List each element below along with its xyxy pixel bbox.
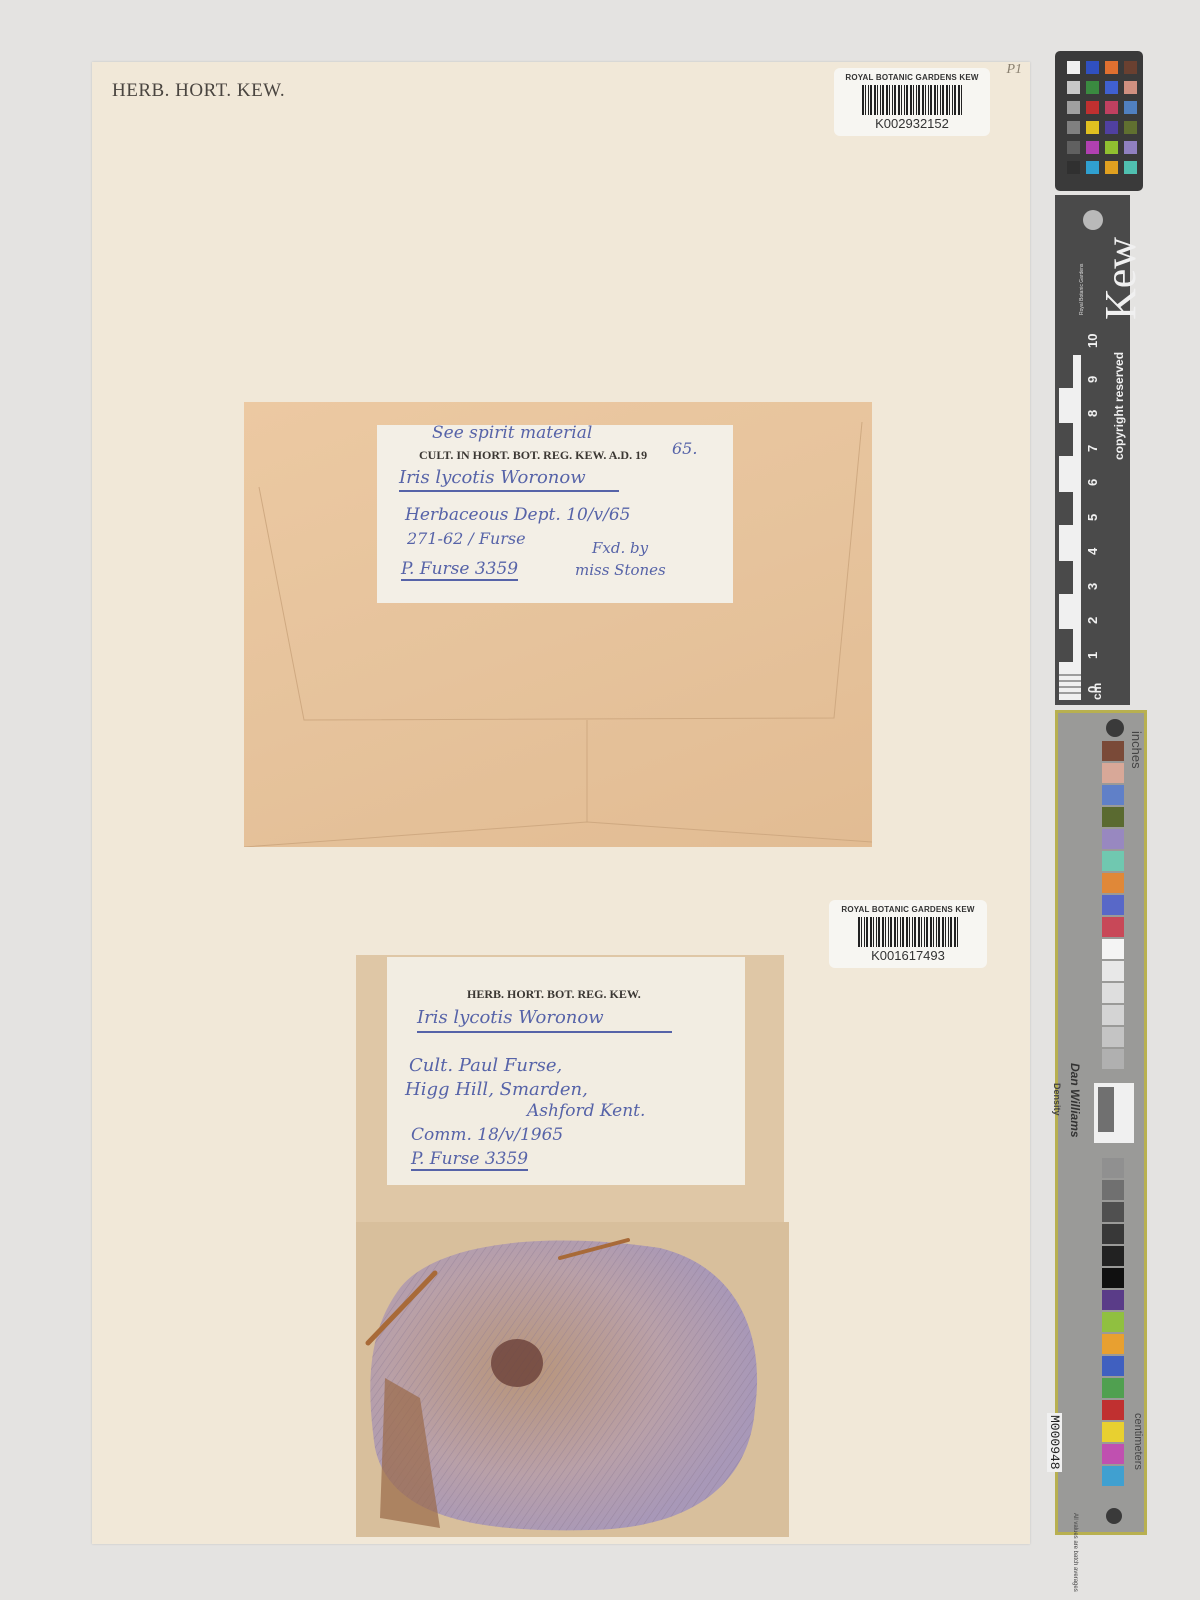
centimeters-label: centimeters [1132, 1413, 1144, 1470]
collector-number: P. Furse 3359 [401, 559, 518, 581]
color-patch [1067, 81, 1080, 94]
barcode-org: ROYAL BOTANIC GARDENS KEW [829, 905, 987, 914]
brand-label: Dan Williams [1068, 1063, 1082, 1138]
color-patch [1124, 81, 1137, 94]
color-patch [1105, 141, 1118, 154]
color-patch [1086, 101, 1099, 114]
sheet-title: HERB. HORT. KEW. [112, 80, 285, 102]
dept-date: Herbaceous Dept. 10/v/65 [405, 505, 630, 525]
kew-scale-ruler: Kew Royal Botanic Gardens copyright rese… [1055, 195, 1130, 705]
target-color-patch [1102, 1202, 1124, 1222]
color-patch [1067, 161, 1080, 174]
note-spirit-material: See spirit material [432, 423, 592, 443]
target-color-patch [1102, 785, 1124, 805]
target-color-patch [1102, 1246, 1124, 1266]
target-color-patch [1102, 983, 1124, 1003]
target-color-patch [1102, 741, 1124, 761]
target-color-patch [1102, 763, 1124, 783]
target-color-patch [1102, 1378, 1124, 1398]
cm-tick-label: 4 [1085, 548, 1100, 555]
color-patch [1105, 81, 1118, 94]
target-color-patch [1102, 961, 1124, 981]
batch-note: All values are batch averages [1072, 1513, 1078, 1592]
cm-tick-label: 10 [1085, 334, 1100, 348]
color-patch [1067, 61, 1080, 74]
kew-subbrand: Royal Botanic Gardens [1079, 264, 1085, 315]
cm-tick-label: 5 [1085, 513, 1100, 520]
target-color-patch [1102, 1268, 1124, 1288]
color-patch [1105, 121, 1118, 134]
target-color-patch [1102, 1224, 1124, 1244]
color-patch [1124, 61, 1137, 74]
taxon-name: Iris lycotis Woronow [399, 467, 619, 492]
target-color-patch [1102, 1356, 1124, 1376]
cm-tick-label: 7 [1085, 444, 1100, 451]
density-label: Density [1052, 1083, 1062, 1116]
color-calibration-chart [1055, 51, 1143, 191]
gray-wedge-scale [1094, 1083, 1134, 1143]
barcode-bars [862, 85, 962, 115]
target-color-patch [1102, 939, 1124, 959]
target-color-patch [1102, 851, 1124, 871]
cult-line: Cult. Paul Furse, [409, 1055, 562, 1076]
year-suffix: 65. [672, 439, 697, 458]
color-patch [1086, 121, 1099, 134]
color-patch [1105, 101, 1118, 114]
color-patch [1067, 121, 1080, 134]
barcode-label-upper: ROYAL BOTANIC GARDENS KEW K002932152 [834, 68, 990, 136]
barcode-number: K002932152 [834, 116, 990, 131]
unit-label: cm [1090, 683, 1104, 700]
punch-hole [1106, 719, 1124, 737]
target-color-patch [1102, 873, 1124, 893]
locality-line-2: Ashford Kent. [527, 1101, 645, 1121]
color-patch [1086, 141, 1099, 154]
kew-crest-icon [1083, 210, 1103, 230]
color-patch [1124, 121, 1137, 134]
pressed-iris-specimen [360, 1228, 770, 1533]
target-color-patch [1102, 1049, 1124, 1069]
printed-header: HERB. HORT. BOT. REG. KEW. [467, 987, 641, 1002]
cm-tick-label: 3 [1085, 582, 1100, 589]
target-color-patch [1102, 829, 1124, 849]
color-patch [1124, 161, 1137, 174]
barcode-bars [858, 917, 958, 947]
color-patch [1105, 61, 1118, 74]
color-patch [1086, 161, 1099, 174]
color-patch [1124, 141, 1137, 154]
target-id: M000948 [1047, 1413, 1062, 1472]
target-color-patch [1102, 1180, 1124, 1200]
barcode-label-lower: ROYAL BOTANIC GARDENS KEW K001617493 [829, 900, 987, 968]
target-color-patch [1102, 807, 1124, 827]
target-color-patch [1102, 1334, 1124, 1354]
target-color-patch [1102, 1158, 1124, 1178]
collector-number: P. Furse 3359 [411, 1149, 528, 1171]
cm-tick-label: 6 [1085, 479, 1100, 486]
target-color-patch [1102, 917, 1124, 937]
printed-header: CULT. IN HORT. BOT. REG. KEW. A.D. 19 [419, 448, 647, 463]
color-patch [1086, 61, 1099, 74]
cm-tick-label: 1 [1085, 651, 1100, 658]
color-target-ruler: inches Density Dan Williams All values a… [1055, 710, 1147, 1535]
label-lower: HERB. HORT. BOT. REG. KEW. Iris lycotis … [387, 957, 745, 1185]
punch-hole [1106, 1508, 1122, 1524]
inches-label: inches [1129, 731, 1144, 769]
accession: 271-62 / Furse [407, 529, 526, 548]
fixed-by: Fxd. by [592, 539, 648, 557]
target-color-patch [1102, 1444, 1124, 1464]
target-color-patch [1102, 1422, 1124, 1442]
target-color-patch [1102, 895, 1124, 915]
comm-date: Comm. 18/v/1965 [411, 1125, 563, 1145]
taxon-name: Iris lycotis Woronow [417, 1007, 672, 1033]
color-patch [1105, 161, 1118, 174]
fixed-by-name: miss Stones [575, 561, 666, 579]
color-patch [1067, 101, 1080, 114]
target-color-patch [1102, 1005, 1124, 1025]
target-color-patch [1102, 1027, 1124, 1047]
target-color-patch [1102, 1466, 1124, 1486]
cm-tick-label: 9 [1085, 375, 1100, 382]
corner-mark: P1 [1006, 62, 1022, 78]
cm-tick-label: 8 [1085, 410, 1100, 417]
color-patch [1086, 81, 1099, 94]
target-color-patch [1102, 1400, 1124, 1420]
locality-line: Higg Hill, Smarden, [405, 1079, 588, 1100]
label-upper: See spirit material CULT. IN HORT. BOT. … [377, 425, 733, 603]
target-color-patch [1102, 1312, 1124, 1332]
copyright-text: copyright reserved [1112, 352, 1126, 460]
barcode-number: K001617493 [829, 948, 987, 963]
kew-logo: Kew [1095, 237, 1146, 320]
barcode-org: ROYAL BOTANIC GARDENS KEW [834, 73, 990, 82]
color-patch [1124, 101, 1137, 114]
color-patch [1067, 141, 1080, 154]
cm-tick-label: 2 [1085, 617, 1100, 624]
target-color-patch [1102, 1290, 1124, 1310]
